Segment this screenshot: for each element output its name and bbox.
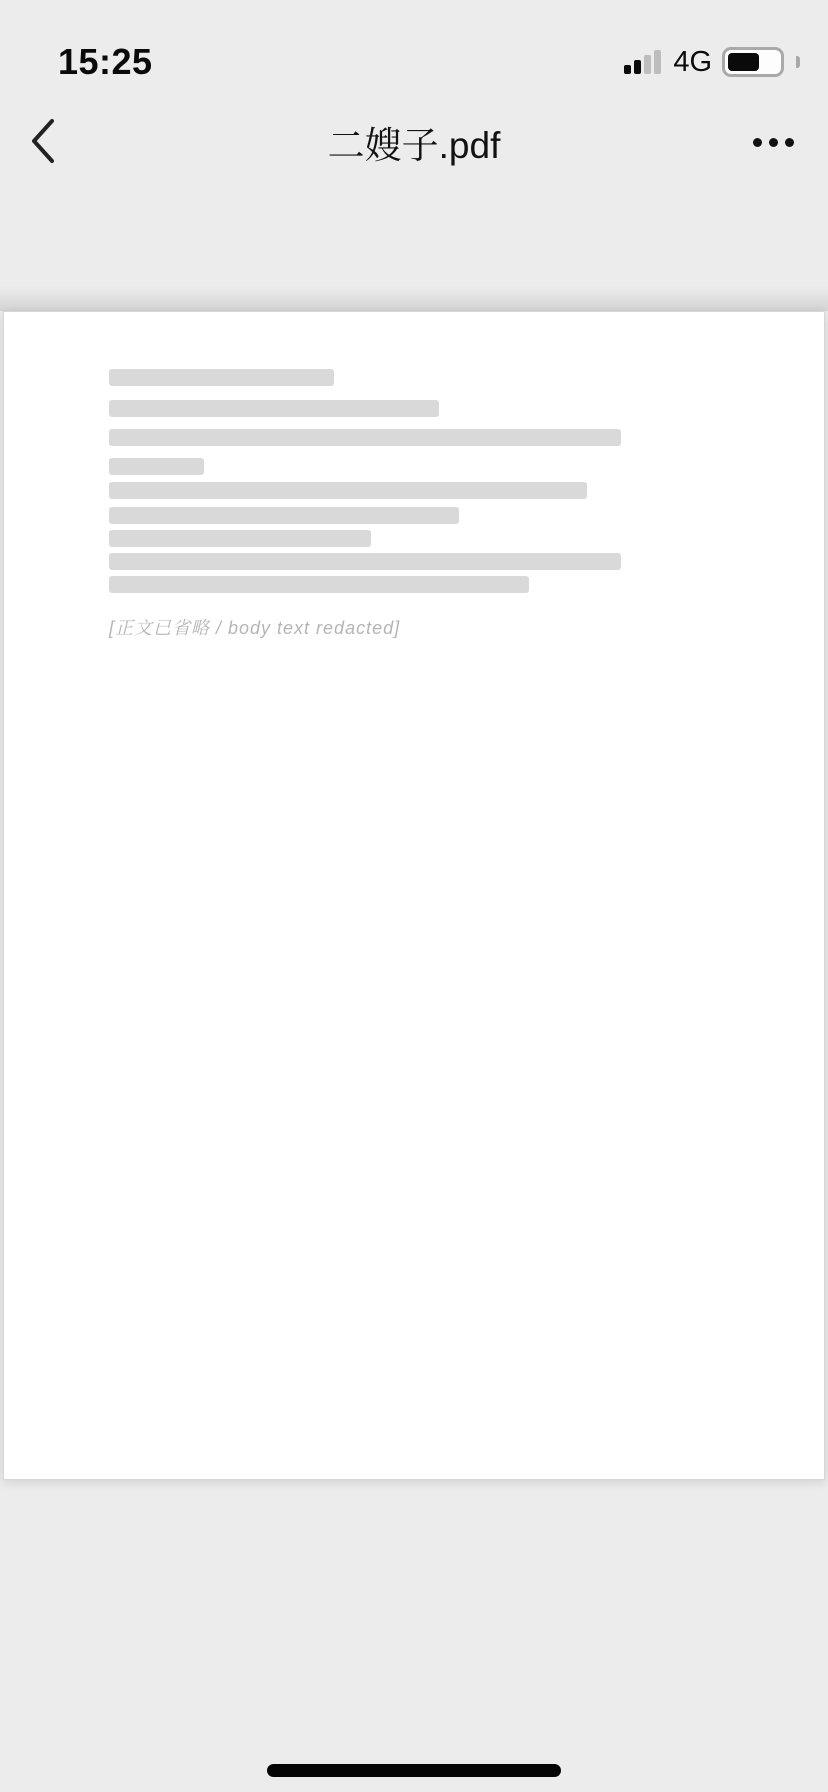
battery-fill (728, 53, 759, 71)
pdf-page[interactable]: [正文已省略 / body text redacted] (3, 311, 825, 1480)
battery-icon (722, 47, 784, 77)
phone-screen: 15:25 4G 二嫂子.pdf (0, 0, 828, 1792)
redacted-text-line (109, 553, 621, 570)
page-top-shadow (0, 286, 828, 311)
more-options-button[interactable] (749, 112, 798, 172)
redacted-text-line (109, 507, 459, 524)
clock: 15:25 (58, 41, 153, 83)
redacted-text-line (109, 369, 334, 386)
home-indicator[interactable] (267, 1764, 561, 1777)
battery-cap (796, 56, 800, 68)
redacted-text-line (109, 576, 529, 593)
status-indicators: 4G (624, 46, 800, 79)
ellipsis-icon (753, 138, 794, 147)
redacted-text-line (109, 530, 371, 547)
network-type-label: 4G (673, 46, 712, 79)
back-button[interactable] (30, 112, 74, 172)
document-title: 二嫂子.pdf (328, 115, 501, 169)
redaction-note: [正文已省略 / body text redacted] (109, 614, 400, 640)
nav-bar: 二嫂子.pdf (0, 104, 828, 180)
cellular-signal-icon (624, 50, 661, 74)
redacted-text-line (109, 482, 587, 499)
redacted-text-line (109, 400, 439, 417)
redacted-text-line (109, 458, 204, 475)
redacted-text-line (109, 429, 621, 446)
chevron-left-icon (30, 118, 56, 167)
status-bar: 15:25 4G (0, 30, 828, 94)
